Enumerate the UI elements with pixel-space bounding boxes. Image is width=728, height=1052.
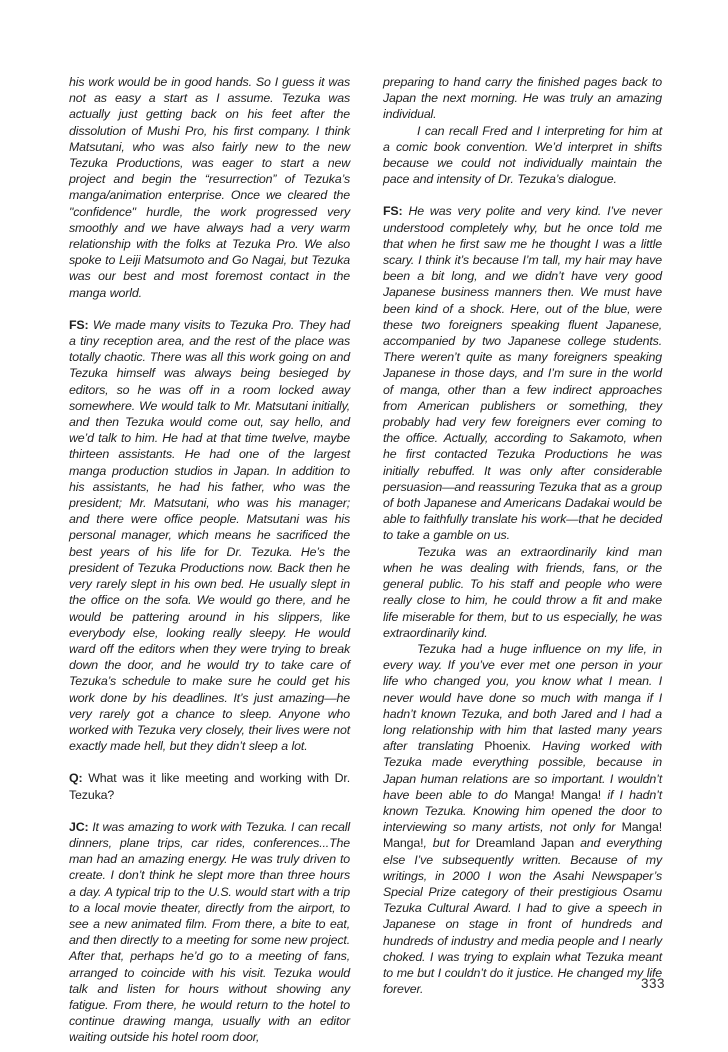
paragraph: Tezuka had a huge influence on my life, … bbox=[383, 641, 662, 997]
roman-title-run: Dreamland Japan bbox=[476, 836, 574, 850]
scanned-page: his work would be in good hands. So I gu… bbox=[0, 0, 728, 1052]
paragraph: JC: It was amazing to work with Tezuka. … bbox=[69, 819, 350, 1046]
speaker-label: FS: bbox=[69, 318, 93, 332]
roman-title-run: What was it like meeting and working wit… bbox=[69, 771, 350, 801]
text-run: It was amazing to work with Tezuka. I ca… bbox=[69, 820, 350, 1045]
text-column-left: his work would be in good hands. So I gu… bbox=[69, 74, 350, 1046]
paragraph: preparing to hand carry the finished pag… bbox=[383, 74, 662, 123]
text-run: He was very polite and very kind. I’ve n… bbox=[383, 204, 662, 542]
text-run: I can recall Fred and I interpreting for… bbox=[383, 124, 662, 187]
paragraph: I can recall Fred and I interpreting for… bbox=[383, 123, 662, 188]
text-run: his work would be in good hands. So I gu… bbox=[69, 75, 350, 300]
paragraph: FS: He was very polite and very kind. I’… bbox=[383, 203, 662, 543]
page-number: 333 bbox=[641, 976, 665, 991]
roman-title-run: Phoenix bbox=[484, 739, 528, 753]
text-run: We made many visits to Tezuka Pro. They … bbox=[69, 318, 350, 753]
paragraph: his work would be in good hands. So I gu… bbox=[69, 74, 350, 301]
speaker-label: JC: bbox=[69, 820, 92, 834]
text-column-right: preparing to hand carry the finished pag… bbox=[383, 74, 662, 997]
speaker-label: Q: bbox=[69, 771, 88, 785]
text-run: and everything else I’ve subsequently wr… bbox=[383, 836, 662, 996]
speaker-label: FS: bbox=[383, 204, 408, 218]
text-run: preparing to hand carry the finished pag… bbox=[383, 75, 662, 121]
text-run: , but for bbox=[423, 836, 475, 850]
paragraph: Q: What was it like meeting and working … bbox=[69, 770, 350, 802]
paragraph: Tezuka was an extraordinarily kind man w… bbox=[383, 544, 662, 641]
text-run: Tezuka was an extraordinarily kind man w… bbox=[383, 545, 662, 640]
paragraph: FS: We made many visits to Tezuka Pro. T… bbox=[69, 317, 350, 754]
roman-title-run: Manga! Manga! bbox=[514, 788, 601, 802]
text-run: Tezuka had a huge influence on my life, … bbox=[383, 642, 662, 753]
